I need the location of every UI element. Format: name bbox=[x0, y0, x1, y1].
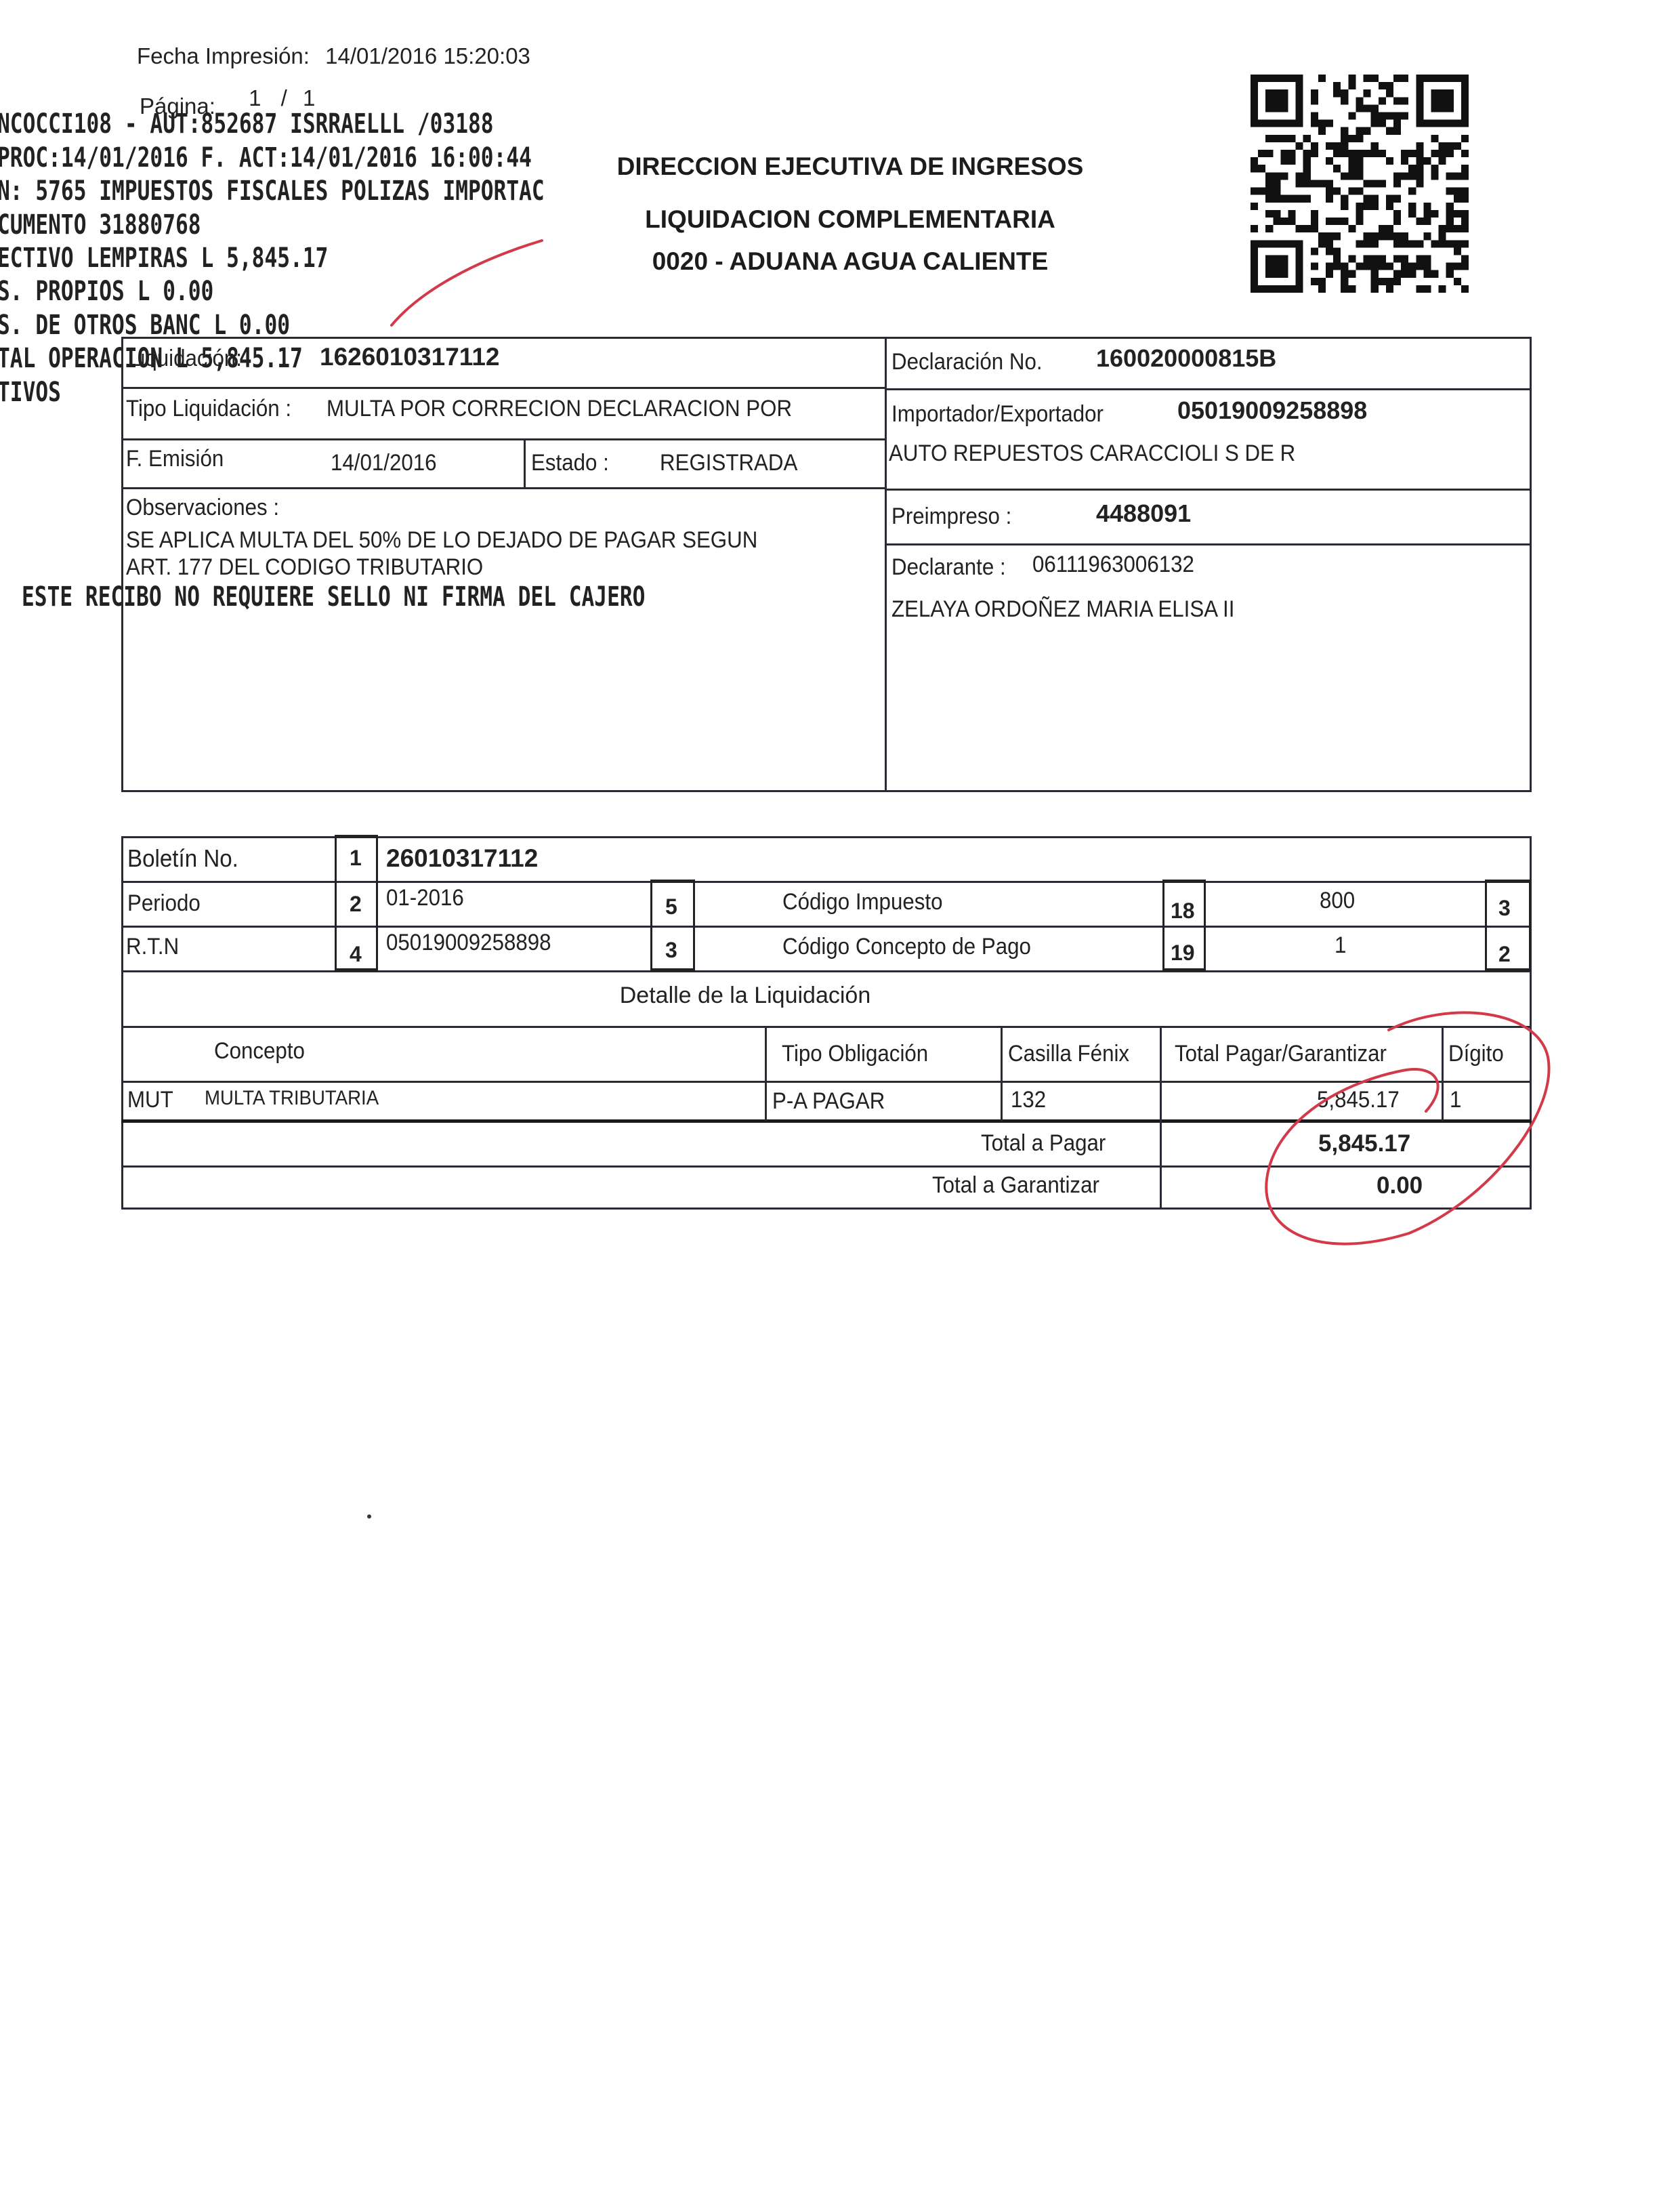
rtn-box2-number: 3 bbox=[665, 938, 677, 963]
periodo-box2-number: 5 bbox=[665, 894, 677, 920]
observaciones-line-2: ART. 177 DEL CODIGO TRIBUTARIO bbox=[126, 554, 483, 581]
qr-code-icon bbox=[1248, 75, 1471, 293]
tipo-liquidacion-label: Tipo Liquidación : bbox=[126, 396, 291, 422]
liquidacion-label: Liquidación: bbox=[129, 346, 242, 372]
importador-name: AUTO REPUESTOS CARACCIOLI S DE R bbox=[889, 440, 1295, 467]
codigo-impuesto-box: 18 bbox=[1171, 899, 1195, 924]
liquidacion-number: 1626010317112 bbox=[320, 343, 499, 371]
codigo-concepto-label: Código Concepto de Pago bbox=[782, 934, 1031, 960]
periodo-label: Periodo bbox=[127, 890, 201, 917]
declarante-id: 06111963006132 bbox=[1032, 552, 1194, 578]
declaracion-number: 160020000815B bbox=[1096, 344, 1276, 373]
stamp-line: S. PROPIOS L 0.00 bbox=[0, 276, 213, 307]
row-digito: 1 bbox=[1450, 1087, 1461, 1113]
declarante-label: Declarante : bbox=[891, 554, 1006, 581]
total-pagar-label: Total a Pagar bbox=[981, 1130, 1106, 1157]
codigo-concepto-box2: 2 bbox=[1498, 942, 1511, 967]
total-garantizar-label: Total a Garantizar bbox=[932, 1172, 1099, 1199]
declarante-name: ZELAYA ORDOÑEZ MARIA ELISA II bbox=[891, 596, 1234, 623]
estado-value: REGISTRADA bbox=[660, 450, 797, 476]
preimpreso-value: 4488091 bbox=[1096, 499, 1191, 528]
page-separator: / bbox=[281, 85, 287, 110]
detalle-title: Detalle de la Liquidación bbox=[0, 983, 1490, 1009]
print-date-value: 14/01/2016 15:20:03 bbox=[325, 43, 530, 68]
rtn-label: R.T.N bbox=[126, 934, 179, 960]
declaracion-label: Declaración No. bbox=[891, 349, 1043, 375]
boletin-box-number: 1 bbox=[350, 846, 362, 871]
periodo-value: 01-2016 bbox=[386, 885, 464, 911]
preimpreso-label: Preimpreso : bbox=[891, 503, 1011, 530]
stamp-line: TIVOS bbox=[0, 377, 61, 408]
rtn-box-number: 4 bbox=[350, 942, 362, 967]
tipo-liquidacion-value: MULTA POR CORRECION DECLARACION POR bbox=[327, 396, 792, 422]
row-codigo: MUT bbox=[127, 1087, 173, 1113]
row-total: 5,845.17 bbox=[1317, 1087, 1400, 1113]
row-tipo: P-A PAGAR bbox=[772, 1088, 885, 1115]
codigo-concepto-value: 1 bbox=[1335, 932, 1346, 959]
print-date-label: Fecha Impresión: bbox=[137, 43, 310, 68]
cashier-notice: ESTE RECIBO NO REQUIERE SELLO NI FIRMA D… bbox=[22, 581, 645, 613]
importador-rtn: 05019009258898 bbox=[1177, 396, 1367, 425]
col-tipo-obligacion: Tipo Obligación bbox=[782, 1041, 928, 1067]
print-date: Fecha Impresión: 14/01/2016 15:20:03 bbox=[137, 43, 530, 69]
col-casilla-fenix: Casilla Fénix bbox=[1008, 1041, 1129, 1067]
stamp-line: NCOCCI108 - AUT:852687 ISRRAELLL /03188 bbox=[0, 108, 494, 140]
row-casilla: 132 bbox=[1011, 1087, 1046, 1113]
fecha-emision-value: 14/01/2016 bbox=[331, 450, 437, 476]
codigo-impuesto-label: Código Impuesto bbox=[782, 889, 942, 915]
codigo-concepto-box: 19 bbox=[1171, 941, 1195, 966]
codigo-impuesto-value: 800 bbox=[1320, 888, 1355, 914]
observaciones-label: Observaciones : bbox=[126, 495, 279, 521]
col-concepto: Concepto bbox=[214, 1038, 305, 1065]
col-digito: Dígito bbox=[1448, 1041, 1504, 1067]
page-current: 1 bbox=[249, 85, 261, 110]
observaciones-line-1: SE APLICA MULTA DEL 50% DE LO DEJADO DE … bbox=[126, 527, 757, 554]
boletin-number: 26010317112 bbox=[386, 844, 538, 873]
fecha-emision-label: F. Emisión bbox=[126, 446, 224, 472]
rtn-value: 05019009258898 bbox=[386, 930, 551, 956]
codigo-impuesto-box2: 3 bbox=[1498, 896, 1511, 921]
page-total: 1 bbox=[303, 85, 315, 110]
pen-dot bbox=[367, 1514, 371, 1519]
importador-label: Importador/Exportador bbox=[891, 401, 1104, 428]
total-garantizar-value: 0.00 bbox=[1377, 1172, 1423, 1199]
col-total: Total Pagar/Garantizar bbox=[1175, 1041, 1387, 1067]
periodo-box-number: 2 bbox=[350, 892, 362, 917]
row-concepto: MULTA TRIBUTARIA bbox=[205, 1087, 379, 1110]
boletin-label: Boletín No. bbox=[127, 844, 238, 873]
total-pagar-value: 5,845.17 bbox=[1318, 1130, 1410, 1157]
estado-label: Estado : bbox=[531, 450, 609, 476]
